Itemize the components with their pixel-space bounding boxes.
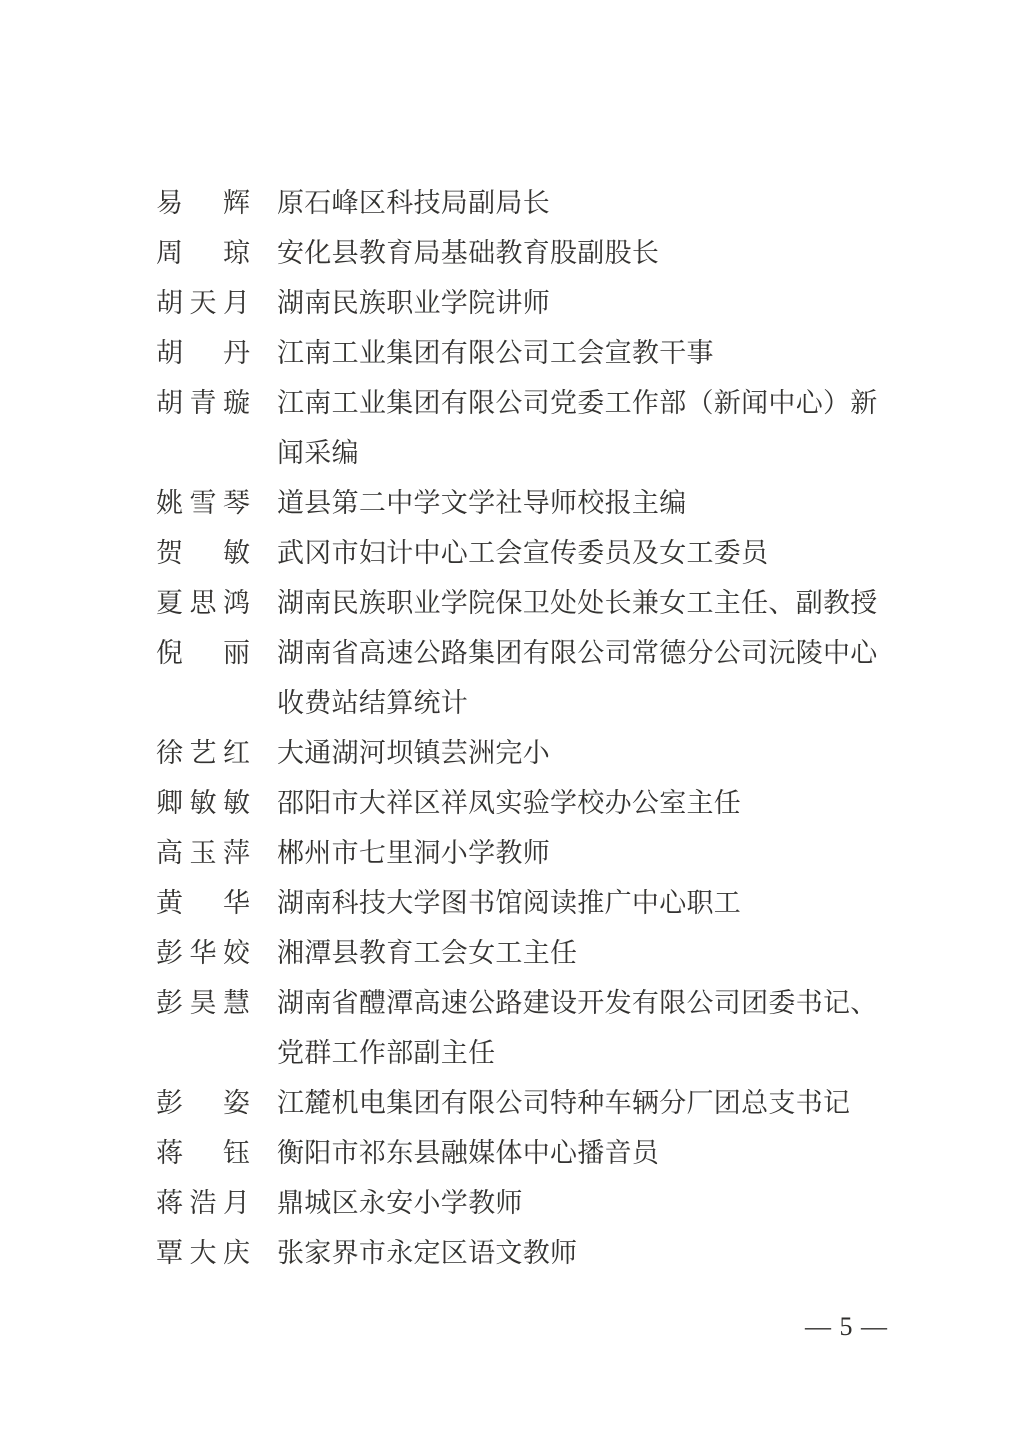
honoree-row: 夏思鸿 湖南民族职业学院保卫处处长兼女工主任、副教授 xyxy=(156,578,896,628)
honoree-name: 胡天月 xyxy=(156,278,250,328)
honoree-name: 蒋浩月 xyxy=(156,1178,250,1228)
honoree-title: 道县第二中学文学社导师校报主编 xyxy=(277,478,887,528)
document-page: 易 辉 原石峰区科技局副局长 周 琼 安化县教育局基础教育股副股长 胡天月 湖南… xyxy=(0,0,1024,1448)
honoree-name: 贺 敏 xyxy=(156,528,250,578)
honoree-title: 邵阳市大祥区祥凤实验学校办公室主任 xyxy=(277,778,887,828)
honoree-row: 姚雪琴 道县第二中学文学社导师校报主编 xyxy=(156,478,896,528)
honoree-name: 黄 华 xyxy=(156,878,250,928)
honoree-title: 江南工业集团有限公司工会宣教干事 xyxy=(277,328,887,378)
honoree-name: 彭 姿 xyxy=(156,1078,250,1128)
honoree-title: 湖南科技大学图书馆阅读推广中心职工 xyxy=(277,878,887,928)
honoree-name: 彭昊慧 xyxy=(156,978,250,1028)
honoree-title: 安化县教育局基础教育股副股长 xyxy=(277,228,887,278)
honoree-row: 卿敏敏 邵阳市大祥区祥凤实验学校办公室主任 xyxy=(156,778,896,828)
honoree-name: 卿敏敏 xyxy=(156,778,250,828)
honoree-row: 倪 丽 湖南省高速公路集团有限公司常德分公司沅陵中心收费站结算统计 xyxy=(156,628,896,728)
honoree-title: 武冈市妇计中心工会宣传委员及女工委员 xyxy=(277,528,887,578)
honoree-title: 湖南民族职业学院讲师 xyxy=(277,278,887,328)
honoree-title: 湖南省醴潭高速公路建设开发有限公司团委书记、党群工作部副主任 xyxy=(277,978,887,1078)
honoree-roster: 易 辉 原石峰区科技局副局长 周 琼 安化县教育局基础教育股副股长 胡天月 湖南… xyxy=(156,178,896,1278)
honoree-title: 江南工业集团有限公司党委工作部（新闻中心）新闻采编 xyxy=(277,378,887,478)
honoree-title: 郴州市七里洞小学教师 xyxy=(277,828,887,878)
honoree-name: 高玉萍 xyxy=(156,828,250,878)
honoree-title: 张家界市永定区语文教师 xyxy=(277,1228,887,1278)
honoree-title: 江麓机电集团有限公司特种车辆分厂团总支书记 xyxy=(277,1078,887,1128)
honoree-title: 衡阳市祁东县融媒体中心播音员 xyxy=(277,1128,887,1178)
honoree-title: 原石峰区科技局副局长 xyxy=(277,178,887,228)
honoree-row: 徐艺红 大通湖河坝镇芸洲完小 xyxy=(156,728,896,778)
honoree-name: 周 琼 xyxy=(156,228,250,278)
honoree-row: 黄 华 湖南科技大学图书馆阅读推广中心职工 xyxy=(156,878,896,928)
honoree-row: 周 琼 安化县教育局基础教育股副股长 xyxy=(156,228,896,278)
honoree-name: 徐艺红 xyxy=(156,728,250,778)
honoree-name: 蒋 钰 xyxy=(156,1128,250,1178)
honoree-title: 湖南省高速公路集团有限公司常德分公司沅陵中心收费站结算统计 xyxy=(277,628,887,728)
honoree-row: 胡 丹 江南工业集团有限公司工会宣教干事 xyxy=(156,328,896,378)
honoree-name: 姚雪琴 xyxy=(156,478,250,528)
honoree-name: 覃大庆 xyxy=(156,1228,250,1278)
honoree-row: 彭华姣 湘潭县教育工会女工主任 xyxy=(156,928,896,978)
honoree-title: 湖南民族职业学院保卫处处长兼女工主任、副教授 xyxy=(277,578,887,628)
honoree-row: 易 辉 原石峰区科技局副局长 xyxy=(156,178,896,228)
honoree-title: 湘潭县教育工会女工主任 xyxy=(277,928,887,978)
honoree-name: 夏思鸿 xyxy=(156,578,250,628)
honoree-row: 蒋 钰 衡阳市祁东县融媒体中心播音员 xyxy=(156,1128,896,1178)
honoree-name: 胡 丹 xyxy=(156,328,250,378)
page-number: — 5 — xyxy=(805,1312,888,1342)
honoree-row: 彭 姿 江麓机电集团有限公司特种车辆分厂团总支书记 xyxy=(156,1078,896,1128)
honoree-row: 胡青璇 江南工业集团有限公司党委工作部（新闻中心）新闻采编 xyxy=(156,378,896,478)
honoree-name: 倪 丽 xyxy=(156,628,250,678)
honoree-row: 蒋浩月 鼎城区永安小学教师 xyxy=(156,1178,896,1228)
honoree-row: 覃大庆 张家界市永定区语文教师 xyxy=(156,1228,896,1278)
honoree-row: 彭昊慧 湖南省醴潭高速公路建设开发有限公司团委书记、党群工作部副主任 xyxy=(156,978,896,1078)
honoree-name: 彭华姣 xyxy=(156,928,250,978)
honoree-name: 胡青璇 xyxy=(156,378,250,428)
honoree-title: 大通湖河坝镇芸洲完小 xyxy=(277,728,887,778)
honoree-name: 易 辉 xyxy=(156,178,250,228)
honoree-row: 高玉萍 郴州市七里洞小学教师 xyxy=(156,828,896,878)
honoree-row: 贺 敏 武冈市妇计中心工会宣传委员及女工委员 xyxy=(156,528,896,578)
honoree-title: 鼎城区永安小学教师 xyxy=(277,1178,887,1228)
honoree-row: 胡天月 湖南民族职业学院讲师 xyxy=(156,278,896,328)
